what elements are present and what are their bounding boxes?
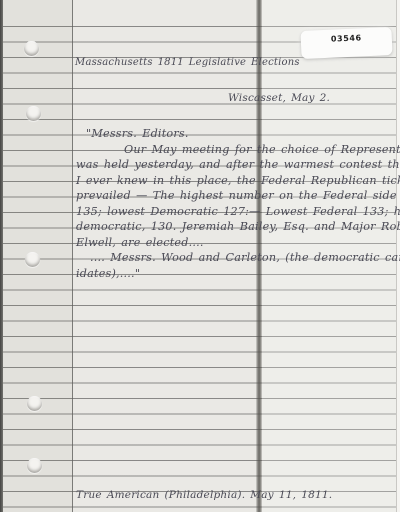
punch-hole xyxy=(26,106,41,121)
scan-edge-top xyxy=(0,0,400,2)
letter-line: I ever knew in this place, the Federal R… xyxy=(76,173,392,189)
punch-hole xyxy=(27,458,42,473)
catalog-number: 03546 xyxy=(331,33,362,43)
letter-line: idates),...." xyxy=(76,266,392,282)
letter-line: prevailed — The highest number on the Fe… xyxy=(76,188,392,204)
catalog-number-sticker: 03546 xyxy=(300,27,392,59)
margin-rule-line xyxy=(72,0,73,512)
letter-line: 135; lowest Democratic 127:— Lowest Fede… xyxy=(76,204,392,220)
letter-body: "Messrs. Editors. Our May meeting for th… xyxy=(76,126,392,281)
scanned-document-page: 03546 Massachusetts 1811 Legislative Ele… xyxy=(0,0,400,512)
punch-hole xyxy=(24,41,39,56)
scan-edge-left xyxy=(0,0,3,512)
letter-line: .... Messrs. Wood and Carleton, (the dem… xyxy=(76,250,392,266)
document-title: Massachusetts 1811 Legislative Elections xyxy=(75,57,300,68)
punch-hole xyxy=(25,252,40,267)
letter-line: democratic, 130. Jeremiah Bailey, Esq. a… xyxy=(76,219,392,235)
letter-salutation: "Messrs. Editors. xyxy=(76,126,392,142)
letter-line: Elwell, are elected.... xyxy=(76,235,392,251)
dateline: Wiscasset, May 2. xyxy=(228,92,330,104)
punch-hole xyxy=(27,396,42,411)
source-citation: True American (Philadelphia). May 11, 18… xyxy=(76,489,332,501)
letter-line: Our May meeting for the choice of Repres… xyxy=(76,142,392,158)
letter-line: was held yesterday, and after the warmes… xyxy=(76,157,392,173)
